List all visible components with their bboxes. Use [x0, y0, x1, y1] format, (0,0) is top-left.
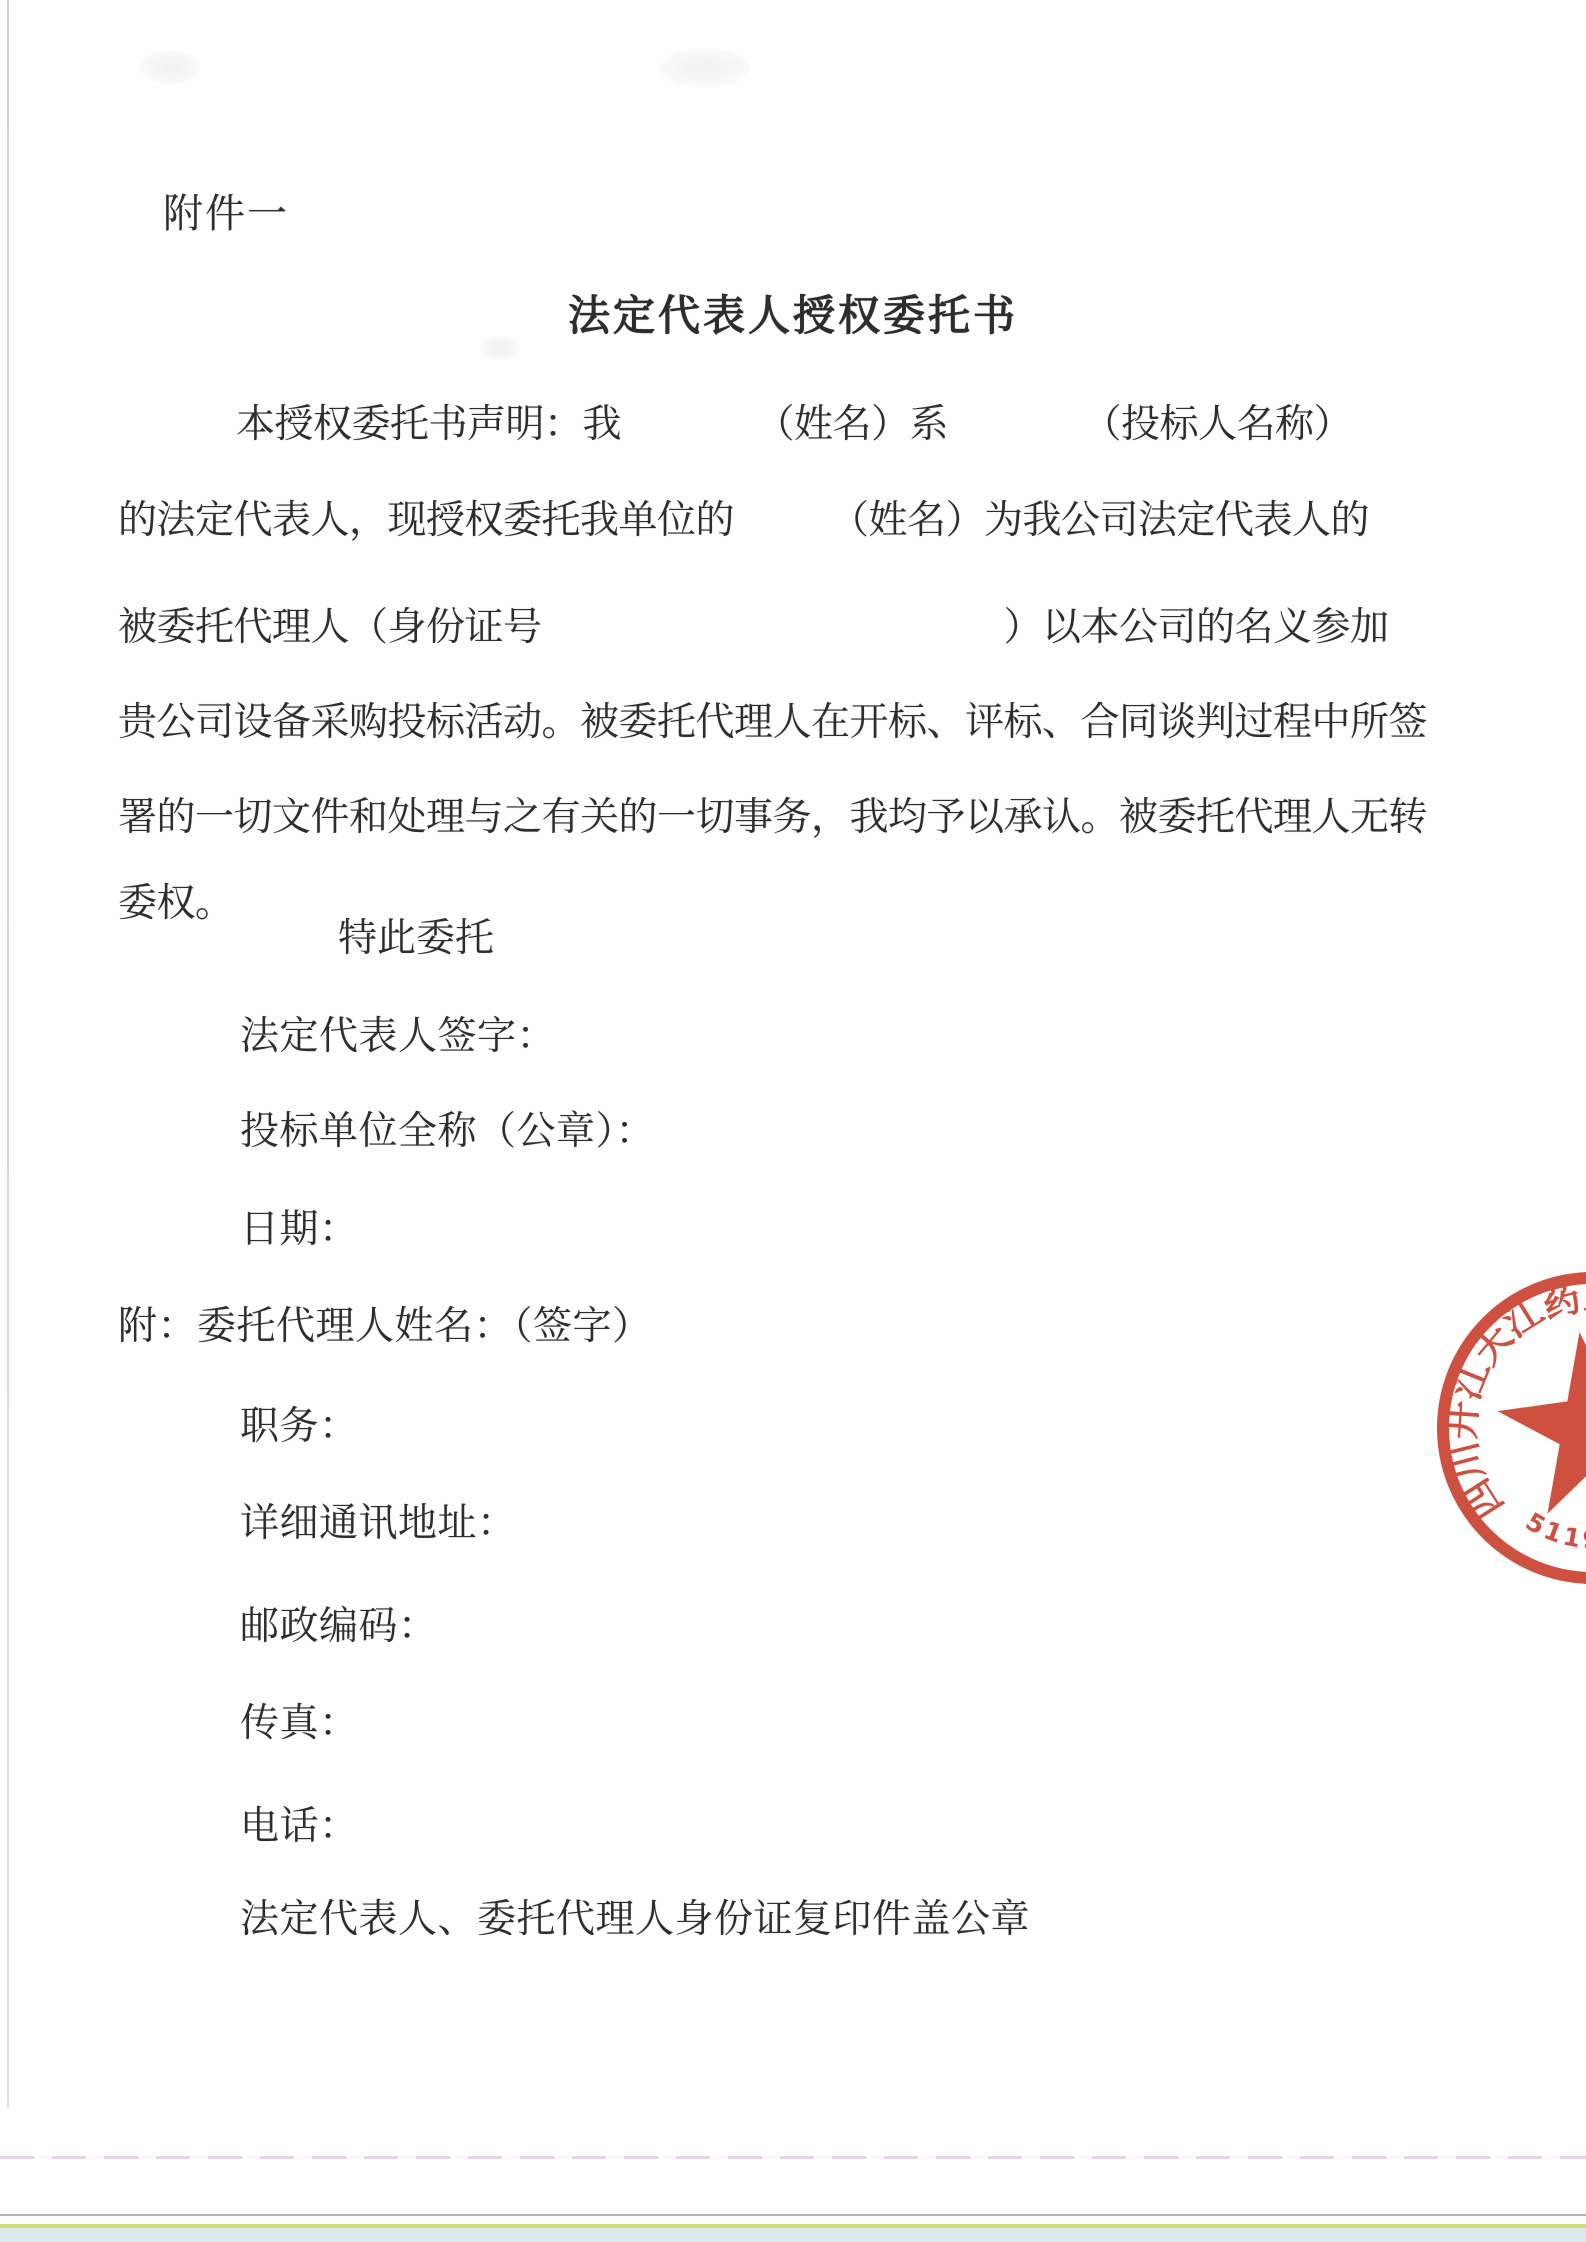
form-line-postcode: 邮政编码：: [240, 1595, 438, 1651]
paragraph-line: 本授权委托书声明：我 （姓名）系 （投标人名称）: [118, 393, 1352, 449]
seal-number: 5119000: [1521, 1507, 1586, 1554]
attachment-label: 附件一: [163, 182, 289, 239]
scan-artifact-pink-line: [0, 2156, 1586, 2159]
form-line-agent-name: 附：委托代理人姓名：（签字）: [118, 1295, 652, 1351]
form-line-position: 职务：: [240, 1395, 359, 1451]
form-line-legal-rep-signature: 法定代表人签字：: [240, 1005, 556, 1061]
paragraph-line: 委权。: [118, 872, 234, 928]
scan-speck: [140, 50, 200, 84]
scan-speck: [660, 48, 750, 88]
form-line-fax: 传真：: [240, 1692, 359, 1748]
company-seal: 四川开江天江药业 5119000: [1413, 1243, 1586, 1643]
paragraph-line: 的法定代表人，现授权委托我单位的 （姓名）为我公司法定代表人的: [118, 489, 1369, 545]
form-line-bidder-name-seal: 投标单位全称（公章）：: [240, 1100, 655, 1156]
page-title: 法定代表人授权委托书: [0, 283, 1586, 343]
scan-artifact-blue-band: [0, 2228, 1586, 2242]
paragraph-line: 被委托代理人（身份证号 ）以本公司的名义参加: [118, 596, 1389, 652]
paragraph-line: 贵公司设备采购投标活动。被委托代理人在开标、评标、合同谈判过程中所签: [118, 691, 1427, 747]
paragraph-line: 署的一切文件和处理与之有关的一切事务，我均予以承认。被委托代理人无转: [118, 786, 1427, 842]
form-line-date: 日期：: [240, 1198, 359, 1254]
form-line-phone: 电话：: [240, 1795, 359, 1851]
closing-phrase: 特此委托: [338, 907, 494, 963]
form-line-id-copy-note: 法定代表人、委托代理人身份证复印件盖公章: [240, 1888, 1030, 1944]
scan-artifact-gray-line: [0, 2214, 1586, 2216]
form-line-address: 详细通讯地址：: [240, 1492, 517, 1548]
scanned-document-page: 附件一 法定代表人授权委托书 本授权委托书声明：我 （姓名）系 （投标人名称） …: [0, 0, 1586, 2242]
